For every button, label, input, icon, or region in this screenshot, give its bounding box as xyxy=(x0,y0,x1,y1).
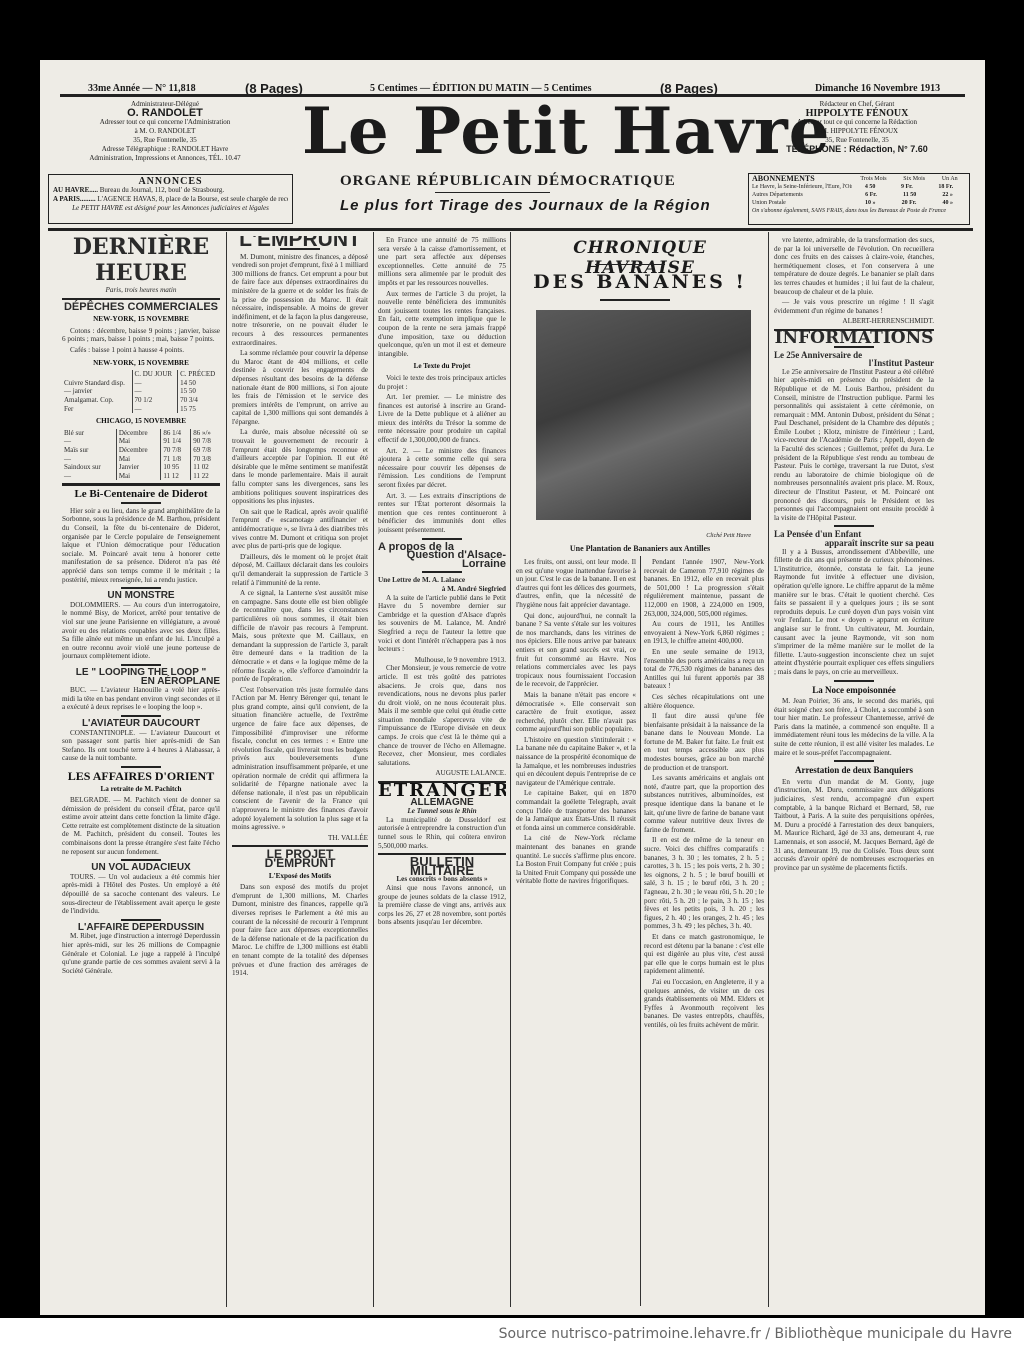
bananes-paragraph: Au cours de 1911, les Antilles envoyaien… xyxy=(644,620,764,646)
newspaper-tagline: Le plus fort Tirage des Journaux de la R… xyxy=(340,197,711,214)
dateline: Paris, trois heures matin xyxy=(62,286,220,295)
col3-intro: En France une annuité de 75 millions ser… xyxy=(378,236,506,288)
bananes-paragraph: J'ai eu l'occasion, en Angleterre, il y … xyxy=(644,978,764,1030)
article-1: Art. 1er premier. — Le ministre des fina… xyxy=(378,393,506,445)
monstre-text: DOLOMMIERS. — Au cours d'un interrogatoi… xyxy=(62,601,220,661)
looping-text: BUC. — L'aviateur Hanouille a volé hier … xyxy=(62,686,220,712)
tunnel-title: Le Tunnel sous le Rhin xyxy=(378,807,506,816)
td: Cuivre Standard disp. xyxy=(62,379,132,388)
column-4: Les fruits, ont aussi, ont leur mode. Il… xyxy=(516,558,636,1308)
article-2: Art. 2. — Le ministre des finances ajout… xyxy=(378,447,506,490)
pachitch-title: La retraite de M. Pachitch xyxy=(62,785,220,794)
td: Blé sur xyxy=(62,429,116,438)
metals-table: C. DU JOURC. PRÉCED Cuivre Standard disp… xyxy=(62,370,220,413)
bananes-paragraph: L'histoire en question s'intitulerait : … xyxy=(516,736,636,788)
td: Saindoux sur xyxy=(62,463,116,472)
emprunt-paragraph: D'ailleurs, dès le moment où le projet é… xyxy=(232,553,368,587)
depeches-heading: DÉPÊCHES COMMERCIALES xyxy=(62,303,220,312)
column-3: En France une annuité de 75 millions ser… xyxy=(378,236,506,1311)
bananes-signature: ALBERT-HERRENSCHMIDT. xyxy=(774,317,934,326)
texte-projet-intro: Voici le texte des trois principaux arti… xyxy=(378,374,506,391)
cotons-text: Cotons : décembre, baisse 9 points ; jan… xyxy=(62,327,220,344)
deperdussin-title: L'AFFAIRE DEPERDUSSIN xyxy=(62,924,220,933)
photo-credit: Cliché Petit Havre xyxy=(536,533,751,539)
price: 9 Fr. xyxy=(901,183,913,191)
row-label: Union Postale xyxy=(752,199,852,207)
td: 15 50 xyxy=(178,387,220,396)
td: — janvier xyxy=(62,387,132,396)
bananes-paragraph: Mais la banane n'était pas encore « démo… xyxy=(516,691,636,734)
emprunt-paragraph: On sait que le Radical, après avoir qual… xyxy=(232,508,368,551)
bananes-paragraph: La cité de New-York réclame maintenant d… xyxy=(516,834,636,886)
td: 70 7/8 xyxy=(161,446,191,455)
td: — xyxy=(62,455,116,464)
vol-text: TOURS. — Un vol audacieux a été commis h… xyxy=(62,873,220,916)
bananes-paragraph: Le capitaine Baker, qui en 1870 commanda… xyxy=(516,789,636,832)
emprunt-signature: TH. VALLÉE xyxy=(232,834,368,843)
th: C. PRÉCED xyxy=(178,370,220,379)
projet-text: Dans son exposé des motifs du projet d'e… xyxy=(232,883,368,978)
annonces-note: Le PETIT HAVRE est désigné pour les Anno… xyxy=(53,204,288,213)
looping-title-2: EN AÉROPLANE xyxy=(62,678,220,687)
pasteur-text: Le 25e anniversaire de l'Institut Pasteu… xyxy=(774,368,934,523)
separator xyxy=(121,502,161,504)
price: 4 50 xyxy=(865,183,876,191)
td: 91 1/4 xyxy=(161,437,191,446)
abonnements-heading: ABONNEMENTS xyxy=(752,175,852,183)
daucourt-title: L'AVIATEUR DAUCOURT xyxy=(62,720,220,729)
td: Mai xyxy=(116,472,160,481)
projet-subtitle: L'Exposé des Motifs xyxy=(232,872,368,881)
deperdussin-text: M. Ribet, juge d'instruction a interrogé… xyxy=(62,932,220,975)
separator xyxy=(834,525,874,527)
rule xyxy=(62,298,220,300)
noce-text: M. Jean Poirier, 36 ans, le second des m… xyxy=(774,697,934,757)
grains-table: Blé surDécembre86 1/486 »/» —Mai91 1/490… xyxy=(62,429,220,481)
td: 14 50 xyxy=(178,379,220,388)
annonces-havre-text: Bureau du Journal, 112, boul' de Strasbo… xyxy=(100,186,224,194)
emprunt-title: L'EMPRUNT xyxy=(232,236,368,245)
admin-name: O. RANDOLET xyxy=(60,109,270,118)
column-5: Pendant l'année 1907, New-York recevait … xyxy=(644,558,764,1308)
separator xyxy=(121,766,161,768)
annonces-heading: ANNONCES xyxy=(53,177,288,186)
td: 86 »/» xyxy=(191,429,220,438)
th xyxy=(62,370,132,379)
tunnel-text: La municipalité de Dusseldorf est autori… xyxy=(378,816,506,850)
photo-caption: Une Plantation de Bananiers aux Antilles xyxy=(516,544,764,553)
column-divider xyxy=(640,556,641,1306)
separator xyxy=(834,760,874,762)
abonnements-row: Union Postale 10 »20 Fr.40 » xyxy=(752,199,966,207)
abonnements-col-trois: Trois Mois xyxy=(860,175,886,183)
bananes-title: DES BANANES ! xyxy=(514,271,766,293)
abonnements-col-an: Un An xyxy=(942,175,958,183)
pasteur-title-2: l'Institut Pasteur xyxy=(774,359,934,368)
td: — xyxy=(62,437,116,446)
column-6: vre latente, admirable, de la transforma… xyxy=(774,236,934,1311)
emprunt-paragraph: M. Dumont, ministre des finances, a dépo… xyxy=(232,253,368,348)
alsace-text: A la suite de l'article publié dans le P… xyxy=(378,594,506,654)
emprunt-paragraph: C'est l'observation très juste formulée … xyxy=(232,686,368,832)
price: 40 » xyxy=(942,199,953,207)
td: Mai xyxy=(116,437,160,446)
column-divider xyxy=(373,232,374,1307)
bananes-paragraph: Et dans ce match gastronomique, le recor… xyxy=(644,933,764,976)
pensee-title-2: apparaît inscrite sur sa peau xyxy=(774,539,934,548)
bananes-paragraph: Les fruits, ont aussi, ont leur mode. Il… xyxy=(516,558,636,610)
article-3: Art. 3. — Les extraits d'inscriptions de… xyxy=(378,492,506,535)
monstre-title: UN MONSTRE xyxy=(62,592,220,601)
separator xyxy=(422,571,462,573)
subtitle-underline xyxy=(435,192,550,193)
emprunt-paragraph: La durée, mais absolue nécessité où se t… xyxy=(232,428,368,505)
banquiers-text: En vertu d'un mandat de M. Gonty, juge d… xyxy=(774,778,934,873)
alsace-sub-1: Une Lettre de M. A. Lalance xyxy=(378,576,506,585)
separator xyxy=(834,680,874,682)
source-credit: Source nutrisco-patrimoine.lehavre.fr / … xyxy=(499,1326,1012,1342)
td: 15 75 xyxy=(178,405,220,414)
column-divider xyxy=(510,232,511,1307)
row-label: Le Havre, la Seine-Inférieure, l'Eure, l… xyxy=(752,183,852,191)
td: Mai xyxy=(116,455,160,464)
texte-projet-title: Le Texte du Projet xyxy=(378,362,506,371)
admin-block: Administrateur-Délégué O. RANDOLET Adres… xyxy=(60,100,270,163)
newspaper-subtitle: ORGANE RÉPUBLICAIN DÉMOCRATIQUE xyxy=(340,173,676,190)
redaction-phone: TÉLÉPHONE : Rédaction, N° 7.60 xyxy=(752,145,962,154)
td: Fer xyxy=(62,405,132,414)
alsace-sub-2: à M. André Siegfried xyxy=(378,585,506,594)
bulletin-subtitle: Les conscrits « bons absents » xyxy=(378,875,506,884)
emprunt-paragraph: La somme réclamée pour couvrir la dépens… xyxy=(232,349,368,426)
annonces-paris-text: L'AGENCE HAVAS, 8, place de la Bourse, e… xyxy=(97,195,288,203)
td: 71 1/8 xyxy=(161,455,191,464)
bananes-paragraph: Qui donc, aujourd'hui, ne connaît la ban… xyxy=(516,612,636,689)
admin-line2: à M. O. RANDOLET xyxy=(60,127,270,136)
price: 6 Fr. xyxy=(865,191,877,199)
pensee-text: Il y a à Bussus, arrondissement d'Abbevi… xyxy=(774,548,934,677)
separator xyxy=(121,715,161,717)
td: 70 1/2 xyxy=(132,396,178,405)
pachitch-text: BELGRADE. — M. Pachitch vient de donner … xyxy=(62,796,220,856)
alsace-title-2: Question d'Alsace-Lorraine xyxy=(378,551,506,568)
bulletin-text: Ainsi que nous l'avons annoncé, un group… xyxy=(378,884,506,927)
td: 70 3/4 xyxy=(178,396,220,405)
rule xyxy=(600,299,670,301)
annonces-paris-label: A PARIS......... xyxy=(53,195,96,203)
redaction-line1: Adresser tout ce qui concerne la Rédacti… xyxy=(752,118,962,127)
abonnements-row: Le Havre, la Seine-Inférieure, l'Eure, l… xyxy=(752,183,966,191)
column-1: DERNIÈRE HEURE Paris, trois heures matin… xyxy=(62,234,220,1309)
etranger-title: ETRANGER xyxy=(378,787,506,796)
abonnements-box: ABONNEMENTS Trois Mois Six Mois Un An Le… xyxy=(748,173,970,225)
td: 11 02 xyxy=(191,463,220,472)
daucourt-text: CONSTANTINOPLE. — L'aviateur Daucourt et… xyxy=(62,729,220,763)
redaction-line2: à M. HIPPOLYTE FÉNOUX xyxy=(752,127,962,136)
abonnements-note: On s'abonne également, SANS FRAIS, dans … xyxy=(752,207,966,215)
td: 90 7/8 xyxy=(191,437,220,446)
ny-heading-1: NEW-YORK, 15 NOVEMBRE xyxy=(62,315,220,324)
bananes-paragraph: Il faut dire aussi qu'une fée bienfaisan… xyxy=(644,712,764,772)
bulletin-title: BULLETIN MILITAIRE xyxy=(378,858,506,875)
td: — xyxy=(132,379,178,388)
td: Décembre xyxy=(116,429,160,438)
diderot-text: Hier soir a eu lieu, dans le grand amphi… xyxy=(62,507,220,584)
banquiers-title: Arrestation de deux Banquiers xyxy=(774,766,934,775)
td: 10 95 xyxy=(161,463,191,472)
price: 22 » xyxy=(942,191,953,199)
separator xyxy=(422,538,462,540)
column-2: L'EMPRUNT M. Dumont, ministre des financ… xyxy=(232,236,368,1311)
bananes-continuation: vre latente, admirable, de la transforma… xyxy=(774,236,934,296)
td: 70 3/8 xyxy=(191,455,220,464)
emprunt-paragraph: A ce signal, la Lanterne s'est aussitôt … xyxy=(232,589,368,684)
column-divider xyxy=(226,232,227,1307)
chicago-heading: CHICAGO, 15 NOVEMBRE xyxy=(62,417,220,426)
cafes-text: Cafés : baisse 1 point à hausse 4 points… xyxy=(62,346,220,355)
informations-heading: INFORMATIONS xyxy=(774,334,934,343)
row-label: Autres Départements xyxy=(752,191,852,199)
issue-date: Dimanche 16 Novembre 1913 xyxy=(815,83,940,94)
td: 11 22 xyxy=(191,472,220,481)
separator xyxy=(121,664,161,666)
derniere-heure-heading: DERNIÈRE HEURE xyxy=(62,234,220,286)
price: 20 Fr. xyxy=(902,199,917,207)
admin-line1: Adresser tout ce qui concerne l'Administ… xyxy=(60,118,270,127)
col3-intro2: Aux termes de l'article 3 du projet, la … xyxy=(378,290,506,359)
diderot-title: Le Bi-Centenaire de Diderot xyxy=(62,490,220,499)
alsace-body: Cher Monsieur, je vous remercie de votre… xyxy=(378,664,506,767)
price: 10 » xyxy=(865,199,876,207)
admin-address: 35, Rue Fontenelle, 35 xyxy=(60,136,270,145)
rule xyxy=(378,853,506,855)
td: 86 1/4 xyxy=(161,429,191,438)
td: 11 12 xyxy=(161,472,191,481)
ny-heading-2: NEW-YORK, 15 NOVEMBRE xyxy=(62,359,220,368)
projet-title: LE PROJET D'EMPRUNT xyxy=(232,850,368,867)
td: Janvier xyxy=(116,463,160,472)
td: Décembre xyxy=(116,446,160,455)
td: — xyxy=(132,387,178,396)
bananes-paragraph: En une seule semaine de 1913, l'ensemble… xyxy=(644,648,764,691)
bananes-paragraph: Il en est de même de la teneur en sucre.… xyxy=(644,836,764,931)
annonces-havre-label: AU HAVRE..... xyxy=(53,186,98,194)
abonnements-row: Autres Départements 6 Fr.11 5022 » xyxy=(752,191,966,199)
abonnements-col-six: Six Mois xyxy=(903,175,925,183)
admin-phone: Administration, Impressions et Annonces,… xyxy=(60,154,270,163)
price-line: 5 Centimes — ÉDITION DU MATIN — 5 Centim… xyxy=(370,83,591,94)
separator xyxy=(121,919,161,921)
column-divider xyxy=(768,232,769,1307)
bananes-paragraph: Les savants américains et anglais ont no… xyxy=(644,774,764,834)
alsace-dateline: Mulhouse, le 9 novembre 1913. xyxy=(378,656,506,665)
separator xyxy=(121,859,161,861)
rule xyxy=(595,264,665,265)
bananes-paragraph: Ces sèches récapitulations ont une altiè… xyxy=(644,693,764,710)
price: 18 Fr. xyxy=(938,183,953,191)
newspaper-page: 33me Année — N° 11,818 (8 Pages) 5 Centi… xyxy=(40,60,985,1315)
rule xyxy=(62,483,220,486)
td: Amalgamat. Cop. xyxy=(62,396,132,405)
rule xyxy=(774,329,934,331)
td: Maïs sur xyxy=(62,446,116,455)
price: 11 50 xyxy=(903,191,916,199)
admin-telegraph: Adresse Télégraphique : RANDOLET Havre xyxy=(60,145,270,154)
redaction-name: HIPPOLYTE FÉNOUX xyxy=(752,109,962,118)
th: C. DU JOUR xyxy=(132,370,178,379)
noce-title: La Noce empoisonnée xyxy=(774,686,934,695)
separator xyxy=(121,587,161,589)
banana-plantation-photo xyxy=(536,310,751,520)
bananes-paragraph: Pendant l'année 1907, New-York recevait … xyxy=(644,558,764,618)
bananes-quote: — Je vais vous prescrire un régime ! Il … xyxy=(774,298,934,315)
annonces-box: ANNONCES AU HAVRE..... Bureau du Journal… xyxy=(48,174,293,224)
td: — xyxy=(62,472,116,481)
td: 69 7/8 xyxy=(191,446,220,455)
td: — xyxy=(132,405,178,414)
redaction-block: Rédacteur en Chef, Gérant HIPPOLYTE FÉNO… xyxy=(752,100,962,154)
orient-title: LES AFFAIRES D'ORIENT xyxy=(62,772,220,781)
vol-title: UN VOL AUDACIEUX xyxy=(62,864,220,873)
masthead-bottom-rule xyxy=(48,228,973,231)
edition-number: 33me Année — N° 11,818 xyxy=(88,83,196,94)
rule xyxy=(232,845,368,847)
alsace-signature: AUGUSTE LALANCE. xyxy=(378,769,506,778)
